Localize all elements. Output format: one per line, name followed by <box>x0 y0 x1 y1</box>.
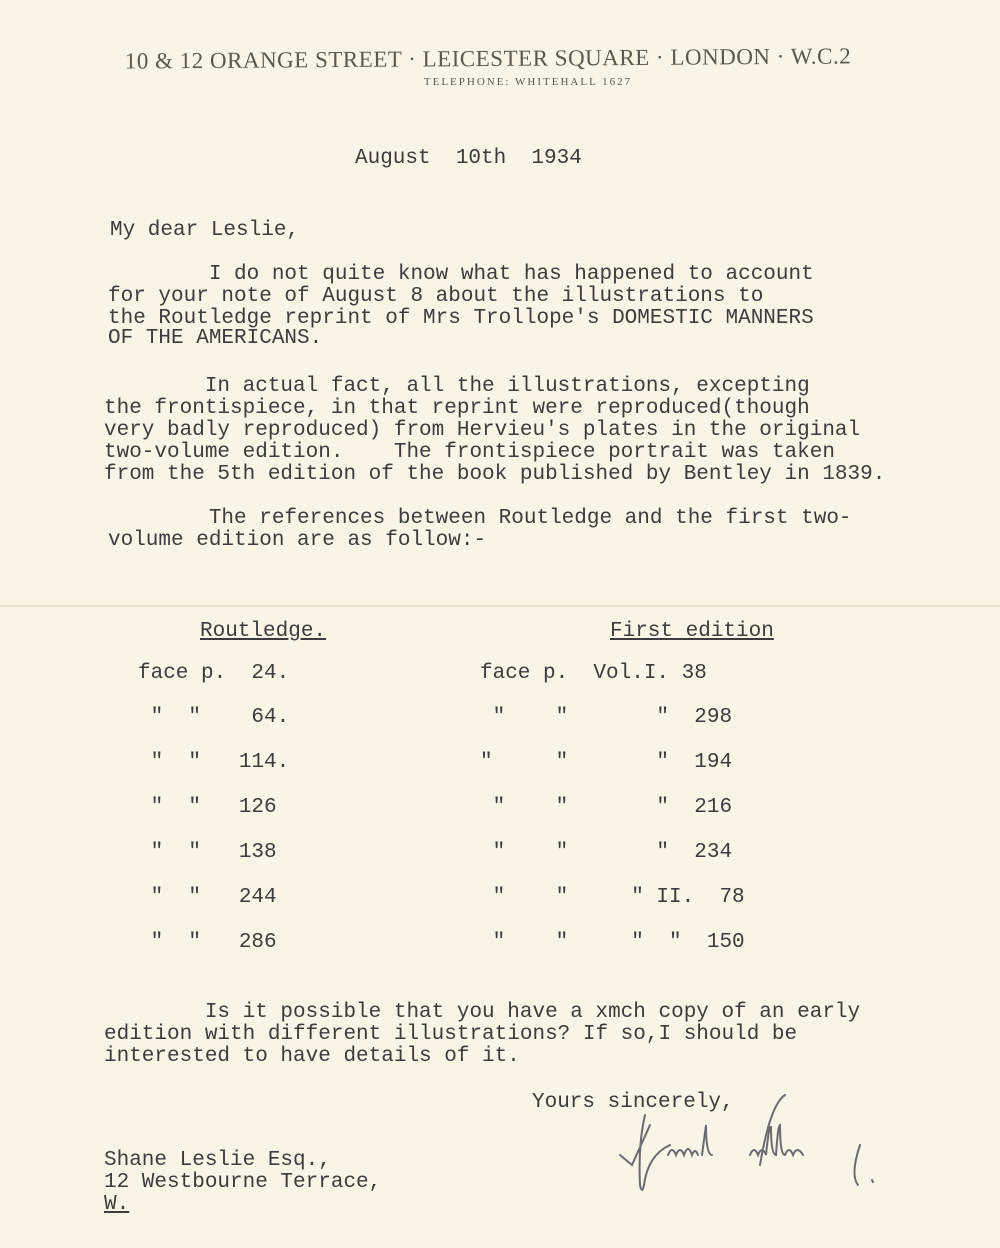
handwritten-signature <box>610 1085 890 1205</box>
table-header-first-edition: First edition <box>610 620 774 643</box>
table-row-left: " " 138 <box>138 841 277 864</box>
paper-fold-line <box>0 605 1000 607</box>
table-row-right: " " " 234 <box>480 841 732 864</box>
table-row-right: " " " II. 78 <box>480 886 745 909</box>
letterhead-address: 10 & 12 ORANGE STREET · LEICESTER SQUARE… <box>108 43 868 74</box>
letterhead: 10 & 12 ORANGE STREET · LEICESTER SQUARE… <box>108 46 868 88</box>
table-row-right: face p. Vol.I. 38 <box>480 662 707 685</box>
addressee-street: 12 Westbourne Terrace, <box>104 1172 381 1194</box>
addressee-name: Shane Leslie Esq., <box>104 1150 331 1172</box>
table-header-routledge: Routledge. <box>200 620 326 643</box>
letterhead-telephone: TELEPHONE: WHITEHALL 1627 <box>188 76 868 88</box>
table-row-left: face p. 24. <box>138 662 289 685</box>
table-row-right: " " " 298 <box>480 706 732 729</box>
table-row-right: " " " 194 <box>480 751 732 774</box>
table-row-left: " " 244 <box>138 886 277 909</box>
table-row-left: " " 64. <box>138 706 289 729</box>
table-row-left: " " 286 <box>138 931 277 954</box>
table-row-right: " " " 216 <box>480 796 732 819</box>
table-row-left: " " 126 <box>138 796 277 819</box>
addressee-district: W. <box>104 1194 129 1216</box>
letter-date: August 10th 1934 <box>355 148 582 170</box>
table-row-right: " " " " 150 <box>480 931 745 954</box>
table-row-left: " " 114. <box>138 751 289 774</box>
salutation: My dear Leslie, <box>110 220 299 242</box>
